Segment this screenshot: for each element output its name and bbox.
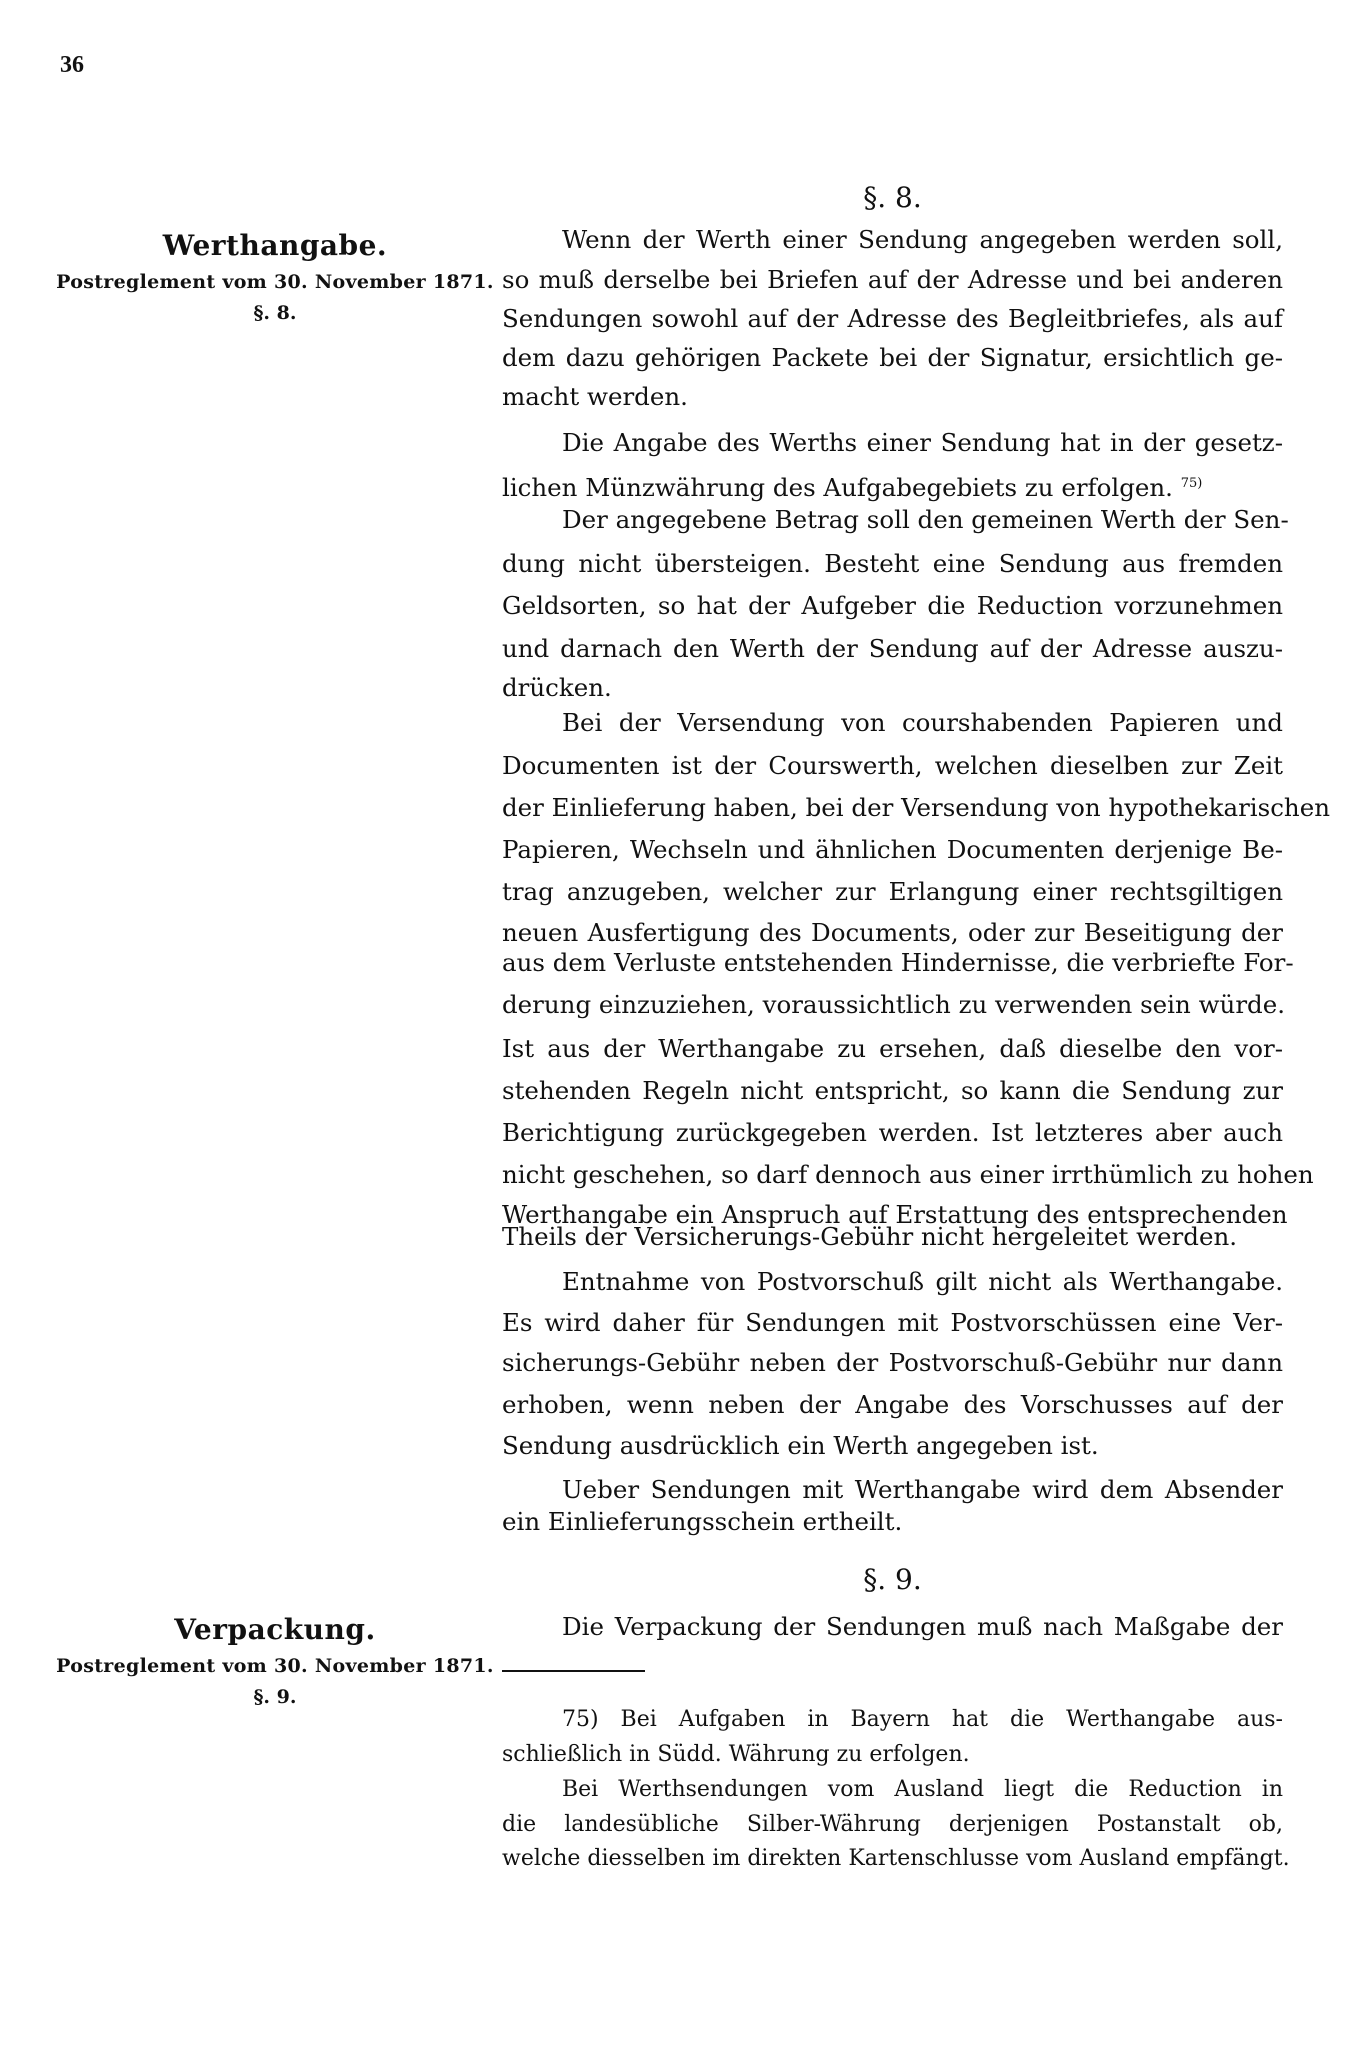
margin-note-source: Postreglement vom 30. November 1871.: [55, 264, 495, 300]
text-line: nicht geschehen, so darf dennoch aus ein…: [502, 1160, 1283, 1190]
text-line: stehenden Regeln nicht entspricht, so ka…: [502, 1076, 1283, 1106]
footnote-text: Bei Aufgaben in Bayern hat die Werthanga…: [621, 1707, 1283, 1732]
margin-note-werthangabe: Werthangabe. Postreglement vom 30. Novem…: [55, 228, 495, 330]
text-line: dem dazu gehörigen Packete bei der Signa…: [502, 343, 1283, 373]
text-line: Entnahme von Postvorschuß gilt nicht als…: [562, 1267, 1283, 1297]
text-line: aus dem Verluste entstehenden Hinderniss…: [502, 948, 1283, 978]
text-line: Bei der Versendung von courshabenden Pap…: [562, 708, 1283, 738]
text-line: der Einlieferung haben, bei der Versendu…: [502, 793, 1283, 823]
text-line: Sendungen sowohl auf der Adresse des Beg…: [502, 304, 1283, 334]
footnote-line: schließlich in Südd. Währung zu erfolgen…: [502, 1741, 1283, 1769]
text-line: Documenten ist der Courswerth, welchen d…: [502, 751, 1283, 781]
text-line: lichen Münzwährung des Aufgabegebiets zu…: [502, 473, 1173, 502]
text-line: ein Einlieferungsschein ertheilt.: [502, 1507, 1283, 1537]
text-line: Die Angabe des Werths einer Sendung hat …: [562, 428, 1283, 458]
footnote-marker: 75): [562, 1707, 599, 1732]
margin-note-title: Verpackung.: [55, 1612, 495, 1648]
margin-note-verpackung: Verpackung. Postreglement vom 30. Novemb…: [55, 1612, 495, 1714]
text-line: macht werden.: [502, 382, 1283, 412]
text-line: Berichtigung zurückgegeben werden. Ist l…: [502, 1118, 1283, 1148]
footnote-line: Bei Werthsendungen vom Ausland liegt die…: [562, 1776, 1283, 1804]
text-line: drücken.: [502, 673, 1283, 703]
footnote-separator: [502, 1670, 645, 1672]
section-heading-8: §. 8.: [502, 180, 1283, 216]
margin-note-paragraph: §. 8.: [55, 296, 495, 330]
margin-note-paragraph: §. 9.: [55, 1680, 495, 1714]
footnote-line: welche diesselben im direkten Kartenschl…: [502, 1845, 1283, 1873]
margin-note-title: Werthangabe.: [55, 228, 495, 264]
text-line: Papieren, Wechseln und ähnlichen Documen…: [502, 835, 1283, 865]
section-heading-9: §. 9.: [502, 1562, 1283, 1598]
text-line: neuen Ausfertigung des Documents, oder z…: [502, 918, 1283, 948]
footnote-reference[interactable]: 75): [1181, 476, 1203, 491]
text-line: Wenn der Werth einer Sendung angegeben w…: [562, 225, 1283, 255]
footnote-line: 75) Bei Aufgaben in Bayern hat die Werth…: [562, 1706, 1283, 1734]
text-line: Theils der Versicherungs-Gebühr nicht he…: [502, 1222, 1283, 1252]
text-line: Der angegebene Betrag soll den gemeinen …: [562, 505, 1283, 535]
text-line: trag anzugeben, welcher zur Erlangung ei…: [502, 877, 1283, 907]
text-line: dung nicht übersteigen. Besteht eine Sen…: [502, 549, 1283, 579]
text-line: Geldsorten, so hat der Aufgeber die Redu…: [502, 591, 1283, 621]
text-line: Ueber Sendungen mit Werthangabe wird dem…: [562, 1475, 1283, 1505]
text-line: und darnach den Werth der Sendung auf de…: [502, 634, 1283, 664]
text-line: Sendung ausdrücklich ein Werth angegeben…: [502, 1431, 1283, 1461]
text-line: sicherungs-Gebühr neben der Postvorschuß…: [502, 1348, 1283, 1378]
page-number: 36: [60, 52, 84, 79]
text-line: Ist aus der Werthangabe zu ersehen, daß …: [502, 1034, 1283, 1064]
text-line: erhoben, wenn neben der Angabe des Vorsc…: [502, 1390, 1283, 1420]
margin-note-source: Postreglement vom 30. November 1871.: [55, 1648, 495, 1684]
text-line: derung einzuziehen, voraussichtlich zu v…: [502, 990, 1283, 1020]
footnote-line: die landesübliche Silber-Währung derjeni…: [502, 1811, 1283, 1839]
text-line: so muß derselbe bei Briefen auf der Adre…: [502, 265, 1283, 295]
text-line-with-footnote-ref: lichen Münzwährung des Aufgabegebiets zu…: [502, 469, 1283, 503]
text-line: Es wird daher für Sendungen mit Postvors…: [502, 1308, 1283, 1338]
text-line: Die Verpackung der Sendungen muß nach Ma…: [562, 1612, 1283, 1642]
